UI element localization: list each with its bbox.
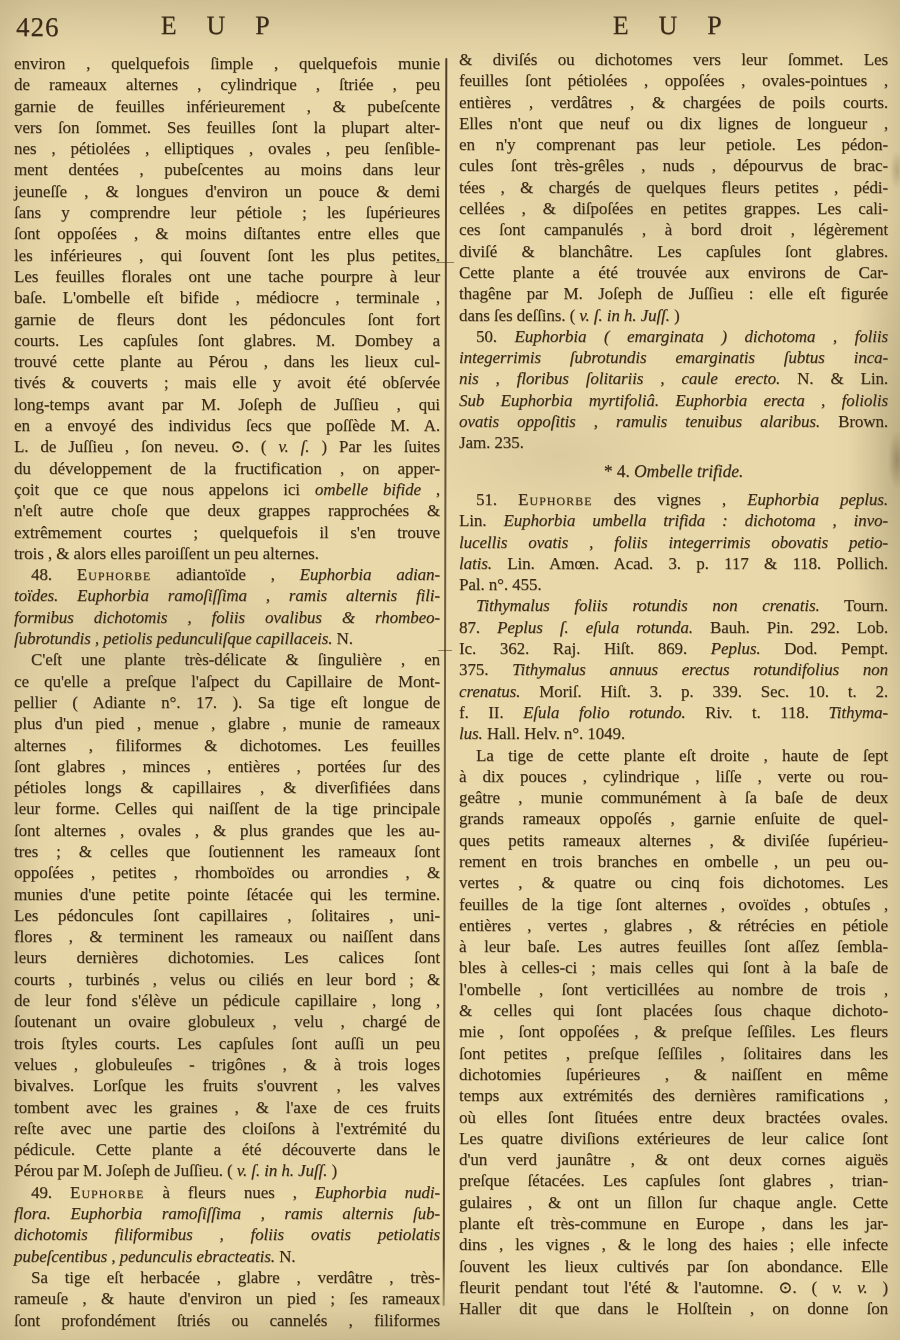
text-line: pubeſcentibus , pedunculis ebracteatis. … (14, 1246, 440, 1267)
text-line: cules ſont très-grêles , nuds , dépourvu… (459, 155, 888, 176)
text-line: pédicule. Cette plante a été découverte … (14, 1139, 440, 1160)
text-line: fleurit pendant tout l'été & l'automne. … (459, 1277, 888, 1298)
text-line: garnie de fleurs dont les pédoncules ſon… (14, 309, 440, 330)
text-line: Les feuilles florales ont une tache pour… (14, 266, 440, 287)
text-line: Pérou par M. Joſeph de Juſſieu. ( v. ſ. … (14, 1160, 440, 1181)
text-line: ſans y comprendre leur pétiole ; les ſup… (14, 202, 440, 223)
para-synonymy-tithymalus: Tithymalus foliis rotundis non crenatis.… (459, 595, 888, 744)
text-line: nes , pétiolées , elliptiques , ovales ,… (14, 138, 440, 159)
text-line: Ic. 362. Raj. Hiſt. 869. Peplus. Dod. Pe… (459, 638, 888, 659)
ink-smudge (890, 150, 900, 190)
text-line: ce qu'elle a preſque l'aſpect du Capilla… (14, 671, 440, 692)
text-line: La tige de cette plante eſt droite , hau… (459, 745, 888, 766)
text-line: tivés & couverts ; mais elle y avoit été… (14, 372, 440, 393)
text-line: Lin. Euphorbia umbella trifida : dichoto… (459, 510, 888, 531)
text-line: lus. Hall. Helv. n°. 1049. (459, 723, 888, 744)
text-line: ovatis oppoſitis , ramulis tenuibus alar… (459, 411, 888, 432)
text-line: nis , floribus ſolitariis , caule erecto… (459, 368, 888, 389)
text-line: 87. Peplus ſ. eſula rotunda. Bauh. Pin. … (459, 617, 888, 638)
text-line: Elles n'ont que neuf ou dix lignes de lo… (459, 113, 888, 134)
text-line: velues , globuleuſes - trigônes , & à tr… (14, 1054, 440, 1075)
text-line: plante eſt très-commune en Europe , dans… (459, 1213, 888, 1234)
text-line: ſubrotundis , petiolis pedunculiſque cap… (14, 628, 440, 649)
text-line: diviſé & blanchâtre. Les capſules ſont g… (459, 241, 888, 262)
para-48-euphorbe-adiantoide: 48. Euphorbe adiantoïde , Euphorbia adia… (14, 564, 440, 649)
text-line: environ , quelquefois ſimple , quelquefo… (14, 53, 440, 74)
running-head-left: E U P (0, 11, 442, 41)
text-line: ces ſont campanulés , à bord droit , lég… (459, 219, 888, 240)
text-line: geâtre , munie communément à ſa baſe de … (459, 787, 888, 808)
ink-smudge (888, 430, 900, 490)
text-line: flores , & terminent les rameaux ou naiſ… (14, 926, 440, 947)
text-line: à leur baſe. Les autres feuilles ſont aſ… (459, 936, 888, 957)
text-line: vers ſon ſommet. Ses feuilles ſont la pl… (14, 117, 440, 138)
text-line: alternes , filiformes & dichotomes. Les … (14, 735, 440, 756)
text-line: de leur fond s'élève un pédicule capilla… (14, 990, 440, 1011)
text-line: tées , & chargés de quelques fleurs peti… (459, 177, 888, 198)
encyclopedia-page: 426 E U P E U P environ , quelquefois ſi… (0, 0, 900, 1340)
text-line: oppoſées , petites , rhomboïdes ou arron… (14, 862, 440, 883)
text-line: bles à celles-ci ; mais celles qui ſont … (459, 957, 888, 978)
text-line: trouvé cette plante au Pérou , dans les … (14, 351, 440, 372)
text-line: ſoutenant un ovaire globuleux , velu , c… (14, 1011, 440, 1032)
text-line: Cette plante a été trouvée aux environs … (459, 262, 888, 283)
text-line: Pal. n°. 455. (459, 574, 888, 595)
text-line: Les quatre diviſions extérieures de leur… (459, 1128, 888, 1149)
para-environ-continuation: environ , quelquefois ſimple , quelquefo… (14, 53, 440, 564)
text-line: gulaires , & ont un ſillon ſur chaque an… (459, 1192, 888, 1213)
text-line: cellées , & diſpoſées en petites grappes… (459, 198, 888, 219)
text-line: dans ſes deſſins. ( v. ſ. in h. Juſſ. ) (459, 305, 888, 326)
text-line: * 4. Ombelle trifide. (459, 461, 888, 482)
text-line: courts , turbinés , velus ou ciliés en l… (14, 969, 440, 990)
text-line: lucellis ovatis , foliis integerrimis ob… (459, 532, 888, 553)
text-line: 51. Euphorbe des vignes , Euphorbia pepl… (459, 489, 888, 510)
text-line: en n'y comprenant pas leur petiole. Les … (459, 134, 888, 155)
text-line: vertes , & quatre ou cinq fois dichotome… (459, 872, 888, 893)
text-line: reſte avec une partie des cloiſons à l'e… (14, 1118, 440, 1139)
text-line: Haller dit que dans le Holſtein , on don… (459, 1298, 888, 1319)
text-line: flora. Euphorbia ramoſiſſima , ramis alt… (14, 1203, 440, 1224)
para-51-euphorbe-des-vignes: 51. Euphorbe des vignes , Euphorbia pepl… (459, 489, 888, 595)
divider-tick-mark (438, 650, 452, 651)
text-line: latis. Lin. Amœn. Acad. 3. p. 117 & 118.… (459, 553, 888, 574)
text-line: crenatus. Moriſ. Hiſt. 3. p. 339. Sec. 1… (459, 681, 888, 702)
para-49-euphorbe-a-fleurs-nues: 49. Euphorbe à fleurs nues , Euphorbia n… (14, 1182, 440, 1267)
para-50-euphorbia-emarginata: 50. Euphorbia ( emarginata ) dichotoma ,… (459, 326, 888, 454)
text-line: rameuſe , & haute d'environ un pied ; ſe… (14, 1288, 440, 1309)
text-line: l'ombelle , ſont verticillées au nombre … (459, 979, 888, 1000)
text-line: ſont petites , preſque ſeſſiles , ſolita… (459, 1043, 888, 1064)
text-line: où elles ſont ſituées entre deux bractée… (459, 1107, 888, 1128)
text-line: ſont alternes , ovales , & plus grandes … (14, 820, 440, 841)
text-line: d'un verd jaunâtre , & ont deux cornes a… (459, 1149, 888, 1170)
text-line: ment dentées , pubeſcentes au moins dans… (14, 159, 440, 180)
text-line: & diviſés ou dichotomes vers leur ſommet… (459, 49, 888, 70)
text-line: en a envoyé des individus ſecs que poſſè… (14, 415, 440, 436)
text-line: ſont profondément ſtriés ou cannelés , f… (14, 1310, 440, 1331)
text-line: du développement de la fructification , … (14, 458, 440, 479)
column-divider-rule (443, 58, 448, 1306)
text-line: à dix pouces , cylindrique , liſſe , ver… (459, 766, 888, 787)
text-line: formibus dichotomis , foliis ovalibus & … (14, 607, 440, 628)
text-line: dins , les vignes , & le long des haies … (459, 1234, 888, 1255)
text-line: jeuneſſe , & longues d'environ un pouce … (14, 181, 440, 202)
text-line: Les pédoncules ſont capillaires , ſolita… (14, 905, 440, 926)
text-line: çoit que ce que nous appelons ici ombell… (14, 479, 440, 500)
running-head-right: E U P (458, 11, 888, 41)
text-line: n'eſt autre choſe que deux grappes rappr… (14, 500, 440, 521)
text-line: thagêne par M. Joſeph de Juſſieu : elle … (459, 283, 888, 304)
para-description-51: La tige de cette plante eſt droite , hau… (459, 745, 888, 1320)
text-line: plus d'un pied , menue , glabre , munie … (14, 713, 440, 734)
text-line: rement en trois branches en ombelle , un… (459, 851, 888, 872)
text-line: ſont oppoſées , & moins diſtantes entre … (14, 223, 440, 244)
text-line: trois , & alors elles paroiſſent un peu … (14, 543, 440, 564)
para-description-49: Sa tige eſt herbacée , glabre , verdâtre… (14, 1267, 440, 1331)
text-line: ſont glabres , minces , entières , porté… (14, 756, 440, 777)
text-line: 50. Euphorbia ( emarginata ) dichotoma ,… (459, 326, 888, 347)
text-line: tres ; & celles que ſoutiennent les rame… (14, 841, 440, 862)
text-line: C'eſt une plante très-délicate & ſinguli… (14, 649, 440, 670)
text-line: L. de Juſſieu , ſon neveu. ⊙. ( v. ſ. ) … (14, 436, 440, 457)
text-line: dichotomis filiformibus , foliis ovatis … (14, 1224, 440, 1245)
text-line: ſouvent les lieux cultivés par ſon abond… (459, 1256, 888, 1277)
column-left: environ , quelquefois ſimple , quelquefo… (14, 53, 440, 1331)
text-line: baſe. L'ombelle eſt bifide , médiocre , … (14, 287, 440, 308)
text-line: les inférieures , qui ſouvent ſont les p… (14, 245, 440, 266)
text-line: preſque ſétacées. Les capſules ſont glab… (459, 1170, 888, 1191)
text-line: feuilles ſont pétiolées , oppoſées , ova… (459, 70, 888, 91)
text-line: feuilles de la tige ſont alternes , ovoï… (459, 894, 888, 915)
text-line: 375. Tithymalus annuus erectus rotundifo… (459, 659, 888, 680)
text-line: leurs dernières dichotomies. Les calices… (14, 947, 440, 968)
para-description-48: C'eſt une plante très-délicate & ſinguli… (14, 649, 440, 1181)
text-line: Jam. 235. (459, 432, 888, 453)
text-line: mie , ſont oppoſées , & preſque ſeſſiles… (459, 1021, 888, 1042)
text-line: garnie de feuilles inférieurement , & pu… (14, 96, 440, 117)
text-line: & celles qui ſont placées ſous chaque di… (459, 1000, 888, 1021)
text-line: tombent avec les graines , & l'axe de ce… (14, 1097, 440, 1118)
text-line: ques petits rameaux alternes , & diviſée… (459, 830, 888, 851)
text-line: munies d'une petite pointe ſétacée qui l… (14, 884, 440, 905)
column-right: & diviſés ou dichotomes vers leur ſommet… (459, 49, 888, 1320)
heading-ombelle-trifide: * 4. Ombelle trifide. (459, 461, 888, 482)
text-line: Sa tige eſt herbacée , glabre , verdâtre… (14, 1267, 440, 1288)
text-line: pétioles longs & capillaires , & diverſi… (14, 777, 440, 798)
text-line: 49. Euphorbe à fleurs nues , Euphorbia n… (14, 1182, 440, 1203)
text-line: entières , vertes , glabres , & rétrécie… (459, 915, 888, 936)
text-line: grands rameaux oppoſés , garnie enſuite … (459, 808, 888, 829)
text-line: Tithymalus foliis rotundis non crenatis.… (459, 595, 888, 616)
text-line: courts. Les capſules ſont glabres. M. Do… (14, 330, 440, 351)
text-line: extrêmement courtes ; quelquefois il s'e… (14, 522, 440, 543)
text-line: toïdes. Euphorbia ramoſiſſima , ramis al… (14, 585, 440, 606)
text-line: leur forme. Celles qui naiſſent de la ti… (14, 798, 440, 819)
text-line: entières , verdâtres , & chargées de poi… (459, 92, 888, 113)
text-line: long-temps avant par M. Joſeph de Juſſie… (14, 394, 440, 415)
text-line: dichotomies ſupérieures , & naiſſent en … (459, 1064, 888, 1085)
text-line: trois ſtyles courts. Les capſules ſont a… (14, 1033, 440, 1054)
text-line: Sub Euphorbia myrtifoliâ. Euphorbia erec… (459, 390, 888, 411)
text-line: integerrimis ſubrotundis emarginatis ſub… (459, 347, 888, 368)
text-line: de rameaux alternes , cylindrique , ſtri… (14, 74, 440, 95)
text-line: f. II. Eſula folio rotundo. Riv. t. 118.… (459, 702, 888, 723)
text-line: pellier ( Adiante n°. 17. ). Sa tige eſt… (14, 692, 440, 713)
text-line: temps aux extrémités des dernières ramif… (459, 1085, 888, 1106)
text-line: 48. Euphorbe adiantoïde , Euphorbia adia… (14, 564, 440, 585)
text-line: bivalves. Lorſque les fruits s'ouvrent ,… (14, 1075, 440, 1096)
para-49-continuation: & diviſés ou dichotomes vers leur ſommet… (459, 49, 888, 326)
